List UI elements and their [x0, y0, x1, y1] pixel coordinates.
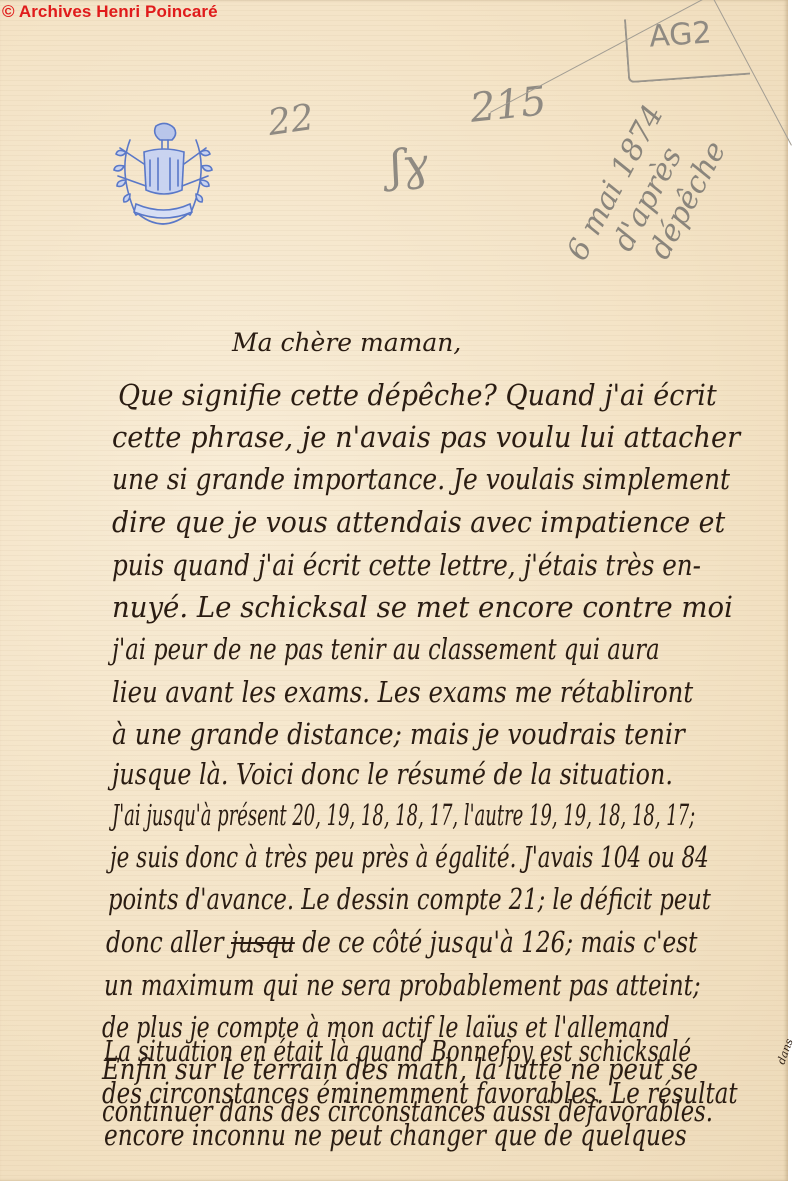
pencil-mark: ʃɣ [388, 138, 431, 192]
struck-word: jusqu [231, 925, 295, 959]
salutation: Ma chère maman, [232, 328, 461, 357]
letter-line: à une grande distance; mais je voudrais … [112, 717, 685, 751]
letter-text: donc aller [106, 925, 224, 959]
letter-line: une si grande importance. Je voulais sim… [112, 462, 730, 496]
letter-line: jusque là. Voici donc le résumé de la si… [112, 757, 673, 791]
copyright-watermark: © Archives Henri Poincaré [2, 2, 218, 22]
folio-number: 22 [265, 97, 316, 144]
letter-page: © Archives Henri Poincaré 22 215 ʃɣ AG2 [0, 0, 788, 1181]
letter-line-with-strike: donc aller jusqu de ce côté jusqu'à 126;… [106, 925, 697, 959]
letter-line: Que signifie cette dépêche? Quand j'ai é… [118, 378, 717, 412]
letter-line: nuyé. Le schicksal se met encore contre … [112, 590, 733, 624]
letter-line: des circonstances éminemment favorables.… [102, 1076, 738, 1110]
letter-line: j'ai peur de ne pas tenir au classement … [112, 632, 660, 666]
letter-line: puis quand j'ai écrit cette lettre, j'ét… [112, 548, 701, 582]
letter-line: cette phrase, je n'avais pas voulu lui a… [112, 420, 740, 454]
letter-line: je suis donc à très peu près à égalité. … [110, 840, 709, 874]
crest-icon [100, 120, 225, 235]
letter-line: points d'avance. Le dessin compte 21; le… [108, 882, 711, 916]
letter-line: lieu avant les exams. Les exams me rétab… [112, 675, 693, 709]
letter-line: La situation en était là quand Bonnefoy … [104, 1034, 691, 1068]
letter-line: J'ai jusqu'à présent 20, 19, 18, 18, 17,… [112, 798, 695, 832]
letter-text: de ce côté jusqu'à 126; mais c'est [302, 925, 697, 959]
letter-line: dire que je vous attendais avec impatien… [112, 505, 725, 539]
letter-line: un maximum qui ne sera probablement pas … [104, 968, 701, 1002]
margin-insertion: dans [775, 1037, 796, 1066]
letter-line: encore inconnu ne peut changer que de qu… [104, 1118, 687, 1152]
